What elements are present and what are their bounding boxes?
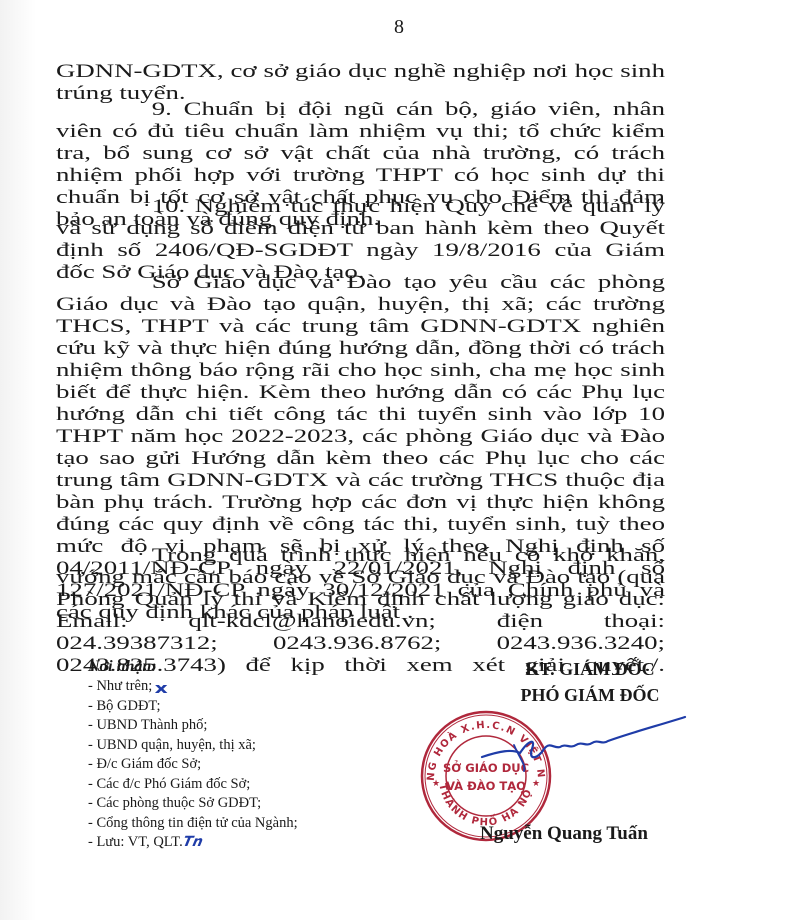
stamp-star-icon: ★ — [532, 779, 540, 789]
recipient-item: - UBND quận, huyện, thị xã; — [88, 736, 298, 756]
signer-name: Nguyễn Quang Tuấn — [480, 823, 680, 845]
handwritten-signature-icon — [480, 715, 690, 775]
scan-page-edge — [0, 0, 36, 920]
paragraph-item-10: 10. Nghiêm túc thực hiện Quy chế về quản… — [56, 196, 665, 284]
recipient-item: - Cổng thông tin điện tử của Ngành; — [88, 814, 298, 834]
recipient-item: - Các phòng thuộc Sở GDĐT; — [88, 794, 298, 814]
signature-title-line2: PHÓ GIÁM ĐỐC — [480, 682, 700, 708]
signature-title-line1: KT. GIÁM ĐỐC — [480, 656, 700, 682]
recipient-item: - UBND Thành phố; — [88, 716, 298, 736]
recipients-list: Nơi nhận: - Như trên; - Bộ GDĐT; - UBND … — [88, 657, 298, 853]
recipient-item: - Các đ/c Phó Giám đốc Sở; — [88, 775, 298, 795]
stamp-star-icon: ★ — [432, 779, 440, 789]
recipient-item-text: - Lưu: VT, QLT. — [88, 834, 183, 850]
recipient-item: - Lưu: VT, QLT.Tn — [88, 833, 298, 853]
handwritten-initials-icon: Tn — [181, 833, 205, 853]
page-number: 8 — [0, 16, 798, 39]
paragraph-text: 10. Nghiêm túc thực hiện Quy chế về quản… — [56, 196, 665, 284]
stamp-center-line2: VÀ ĐÀO TẠO — [446, 778, 526, 793]
recipient-item: - Bộ GDĐT; — [88, 697, 298, 717]
recipient-item: - Đ/c Giám đốc Sở; — [88, 755, 298, 775]
signature-title-block: KT. GIÁM ĐỐC PHÓ GIÁM ĐỐC — [480, 656, 700, 708]
recipients-title: Nơi nhận: — [88, 657, 298, 677]
recipient-item: - Như trên; — [88, 677, 298, 697]
